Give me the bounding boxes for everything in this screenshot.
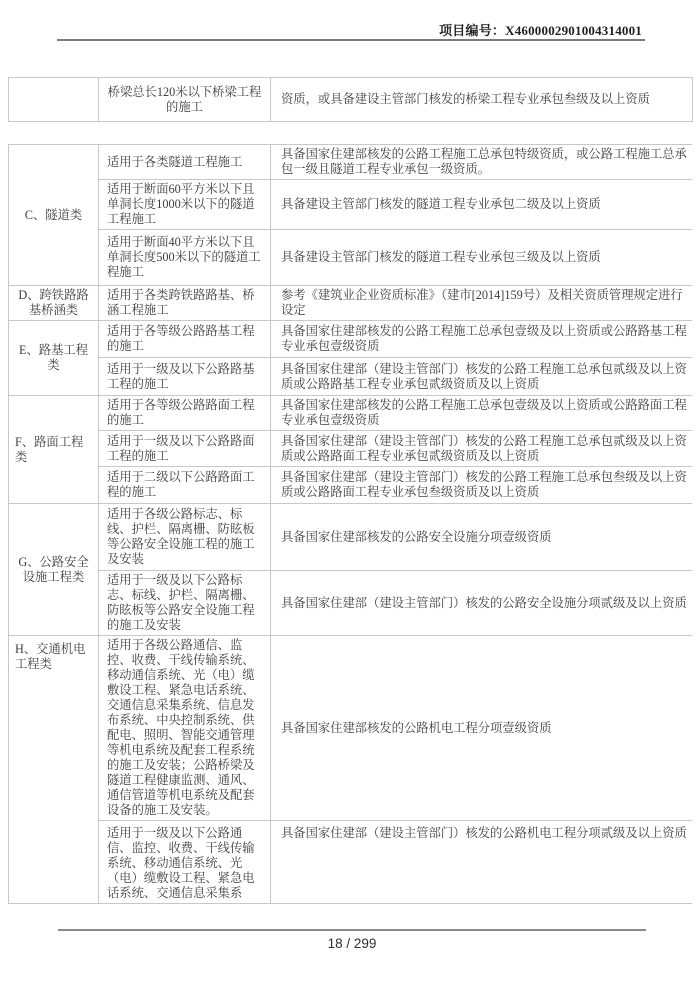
requirement-cell: 具备国家住建部（建设主管部门）核发的公路机电工程分项贰级及以上资质 <box>271 821 693 904</box>
scope-cell: 桥梁总长120米以下桥梁工程的施工 <box>99 78 271 122</box>
scope-cell: 适用于各级公路通信、监控、收费、干线传输系统、移动通信系统、光（电）缆敷设工程、… <box>99 636 271 821</box>
scope-cell: 适用于断面60平方米以下且单洞长度1000米以下的隧道工程施工 <box>99 180 271 230</box>
requirement-cell: 具备国家住建部核发的公路工程施工总承包壹级及以上资质或公路路面工程专业承包壹级资… <box>271 396 693 431</box>
table-row: C、隧道类适用于各类隧道工程施工具备国家住建部核发的公路工程施工总承包特级资质，… <box>9 145 693 180</box>
table-row: H、交通机电工程类适用于各级公路通信、监控、收费、干线传输系统、移动通信系统、光… <box>9 636 693 821</box>
requirement-cell: 具备国家住建部（建设主管部门）核发的公路安全设施分项贰级及以上资质 <box>271 571 693 636</box>
requirement-cell: 资质，或具备建设主管部门核发的桥梁工程专业承包叁级及以上资质 <box>271 78 693 122</box>
scope-cell: 适用于各级公路标志、标线、护栏、隔离栅、防眩板等公路安全设施工程的施工及安装 <box>99 504 271 571</box>
requirement-cell: 具备国家住建部（建设主管部门）核发的公路工程施工总承包贰级及以上资质或公路路面工… <box>271 431 693 467</box>
category-cell: C、隧道类 <box>9 145 99 286</box>
requirement-cell: 参考《建筑业企业资质标准》（建市[2014]159号）及相关资质管理规定进行设定 <box>271 286 693 321</box>
scope-cell: 适用于各等级公路路面工程的施工 <box>99 396 271 431</box>
scope-cell: 适用于一级及以下公路路面工程的施工 <box>99 431 271 467</box>
scope-cell: 适用于各类跨铁路路基、桥涵工程施工 <box>99 286 271 321</box>
requirement-cell: 具备建设主管部门核发的隧道工程专业承包三级及以上资质 <box>271 230 693 286</box>
scope-cell: 适用于各类隧道工程施工 <box>99 145 271 180</box>
category-cell: H、交通机电工程类 <box>9 636 99 904</box>
scope-cell: 适用于二级以下公路路面工程的施工 <box>99 467 271 504</box>
scope-cell: 适用于一级及以下公路路基工程的施工 <box>99 358 271 396</box>
requirement-cell: 具备国家住建部核发的公路工程施工总承包特级资质，或公路工程施工总承包一级且隧道工… <box>271 145 693 180</box>
requirement-cell: 具备国家住建部核发的公路机电工程分项壹级资质 <box>271 636 693 821</box>
table-row: 适用于一级及以下公路路面工程的施工具备国家住建部（建设主管部门）核发的公路工程施… <box>9 431 693 467</box>
table-row: 适用于一级及以下公路标志、标线、护栏、隔离栅、防眩板等公路安全设施工程的施工及安… <box>9 571 693 636</box>
requirement-cell: 具备国家住建部核发的公路安全设施分项壹级资质 <box>271 504 693 571</box>
scope-cell: 适用于断面40平方米以下且单洞长度500米以下的隧道工程施工 <box>99 230 271 286</box>
page-number: 18 / 299 <box>58 936 646 951</box>
table-row: D、跨铁路路基桥涵类适用于各类跨铁路路基、桥涵工程施工参考《建筑业企业资质标准》… <box>9 286 693 321</box>
footer-divider <box>58 929 646 931</box>
requirement-cell: 具备国家住建部（建设主管部门）核发的公路工程施工总承包贰级及以上资质或公路路基工… <box>271 358 693 396</box>
qualification-table: C、隧道类适用于各类隧道工程施工具备国家住建部核发的公路工程施工总承包特级资质，… <box>8 144 692 905</box>
table-row: G、公路安全设施工程类适用于各级公路标志、标线、护栏、隔离栅、防眩板等公路安全设… <box>9 504 693 571</box>
project-number: 项目编号：X4600002901004314001 <box>58 20 642 39</box>
category-cell: E、路基工程类 <box>9 321 99 396</box>
requirement-cell: 具备国家住建部（建设主管部门）核发的公路工程施工总承包叁级及以上资质或公路路面工… <box>271 467 693 504</box>
table-row: 适用于一级及以下公路通信、监控、收费、干线传输系统、移动通信系统、光（电）缆敷设… <box>9 821 693 904</box>
document-page: { "header": { "project_number": "项目编号：X4… <box>0 0 700 990</box>
table-row: 适用于二级以下公路路面工程的施工具备国家住建部（建设主管部门）核发的公路工程施工… <box>9 467 693 504</box>
category-cell: G、公路安全设施工程类 <box>9 504 99 636</box>
header-divider <box>57 39 645 41</box>
category-cell: D、跨铁路路基桥涵类 <box>9 286 99 321</box>
requirement-cell: 具备建设主管部门核发的隧道工程专业承包二级及以上资质 <box>271 180 693 230</box>
continuation-table: 桥梁总长120米以下桥梁工程的施工 资质，或具备建设主管部门核发的桥梁工程专业承… <box>8 77 692 122</box>
qualification-table-body: C、隧道类适用于各类隧道工程施工具备国家住建部核发的公路工程施工总承包特级资质，… <box>9 145 693 904</box>
category-cell <box>9 78 99 122</box>
table-row: E、路基工程类适用于各等级公路路基工程的施工具备国家住建部核发的公路工程施工总承… <box>9 321 693 358</box>
requirement-cell: 具备国家住建部核发的公路工程施工总承包壹级及以上资质或公路路基工程专业承包壹级资… <box>271 321 693 358</box>
table-row: 适用于断面40平方米以下且单洞长度500米以下的隧道工程施工具备建设主管部门核发… <box>9 230 693 286</box>
table-row: 适用于一级及以下公路路基工程的施工具备国家住建部（建设主管部门）核发的公路工程施… <box>9 358 693 396</box>
scope-cell: 适用于一级及以下公路通信、监控、收费、干线传输系统、移动通信系统、光（电）缆敷设… <box>99 821 271 904</box>
scope-cell: 适用于一级及以下公路标志、标线、护栏、隔离栅、防眩板等公路安全设施工程的施工及安… <box>99 571 271 636</box>
table-row: 适用于断面60平方米以下且单洞长度1000米以下的隧道工程施工具备建设主管部门核… <box>9 180 693 230</box>
scope-cell: 适用于各等级公路路基工程的施工 <box>99 321 271 358</box>
category-cell: F、路面工程类 <box>9 396 99 504</box>
table-row: F、路面工程类适用于各等级公路路面工程的施工具备国家住建部核发的公路工程施工总承… <box>9 396 693 431</box>
table-row: 桥梁总长120米以下桥梁工程的施工 资质，或具备建设主管部门核发的桥梁工程专业承… <box>9 78 693 122</box>
